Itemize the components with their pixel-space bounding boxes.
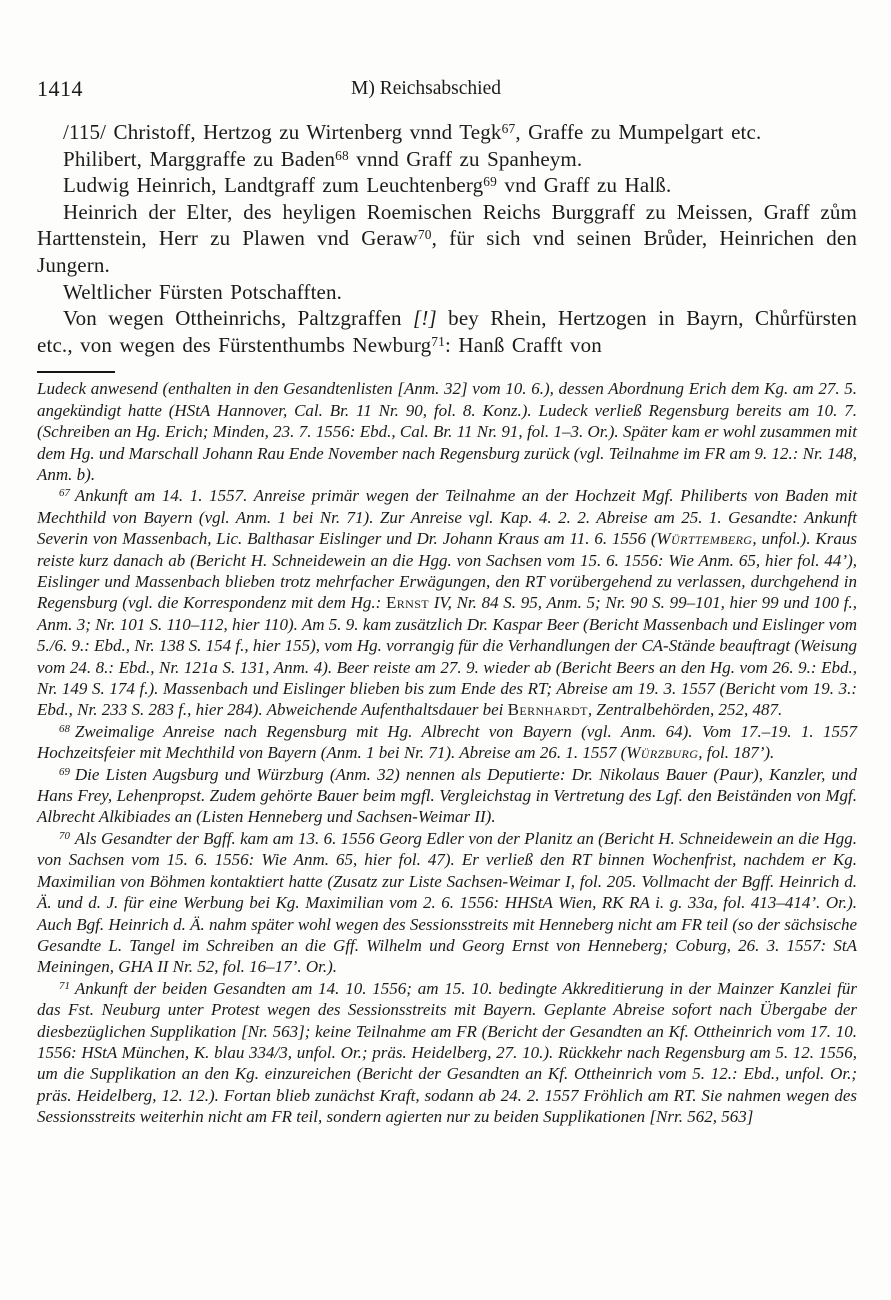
footnote-ref: 71	[431, 334, 445, 349]
footnote-number: 71	[59, 980, 70, 992]
book-page: 1414 M) Reichsabschied /115/ Christoff, …	[0, 0, 891, 1300]
footnotes: Ludeck anwesend (enthalten in den Gesand…	[37, 378, 857, 1127]
body-paragraph: /115/ Christoff, Hertzog zu Wirtenberg v…	[37, 119, 857, 146]
body-paragraph: Von wegen Ottheinrichs, Paltzgraffen [!]…	[37, 305, 857, 358]
footnote-ref: 70	[418, 227, 432, 242]
footnote-67: 67Ankunft am 14. 1. 1557. Anreise primär…	[37, 485, 857, 720]
footnote-ref: 67	[502, 121, 516, 136]
styled-text: Ernst	[386, 593, 429, 612]
page-header: 1414 M) Reichsabschied	[37, 76, 857, 104]
footnote-continuation: Ludeck anwesend (enthalten in den Gesand…	[37, 378, 857, 485]
footnote-rule	[37, 371, 115, 373]
footnote-71: 71Ankunft der beiden Gesandten am 14. 10…	[37, 978, 857, 1128]
footnote-number: 70	[59, 830, 70, 842]
footnote-70: 70Als Gesandter der Bgff. kam am 13. 6. …	[37, 828, 857, 978]
styled-text: Württemberg	[656, 529, 752, 548]
body-text: /115/ Christoff, Hertzog zu Wirtenberg v…	[37, 119, 857, 358]
footnote-ref: 68	[335, 148, 349, 163]
styled-text: Würzburg	[626, 743, 698, 762]
body-paragraph: Weltlicher Fürsten Potschafften.	[37, 279, 857, 306]
footnote-68: 68Zweimalige Anreise nach Regensburg mit…	[37, 721, 857, 764]
body-paragraph: Philibert, Marggraffe zu Baden68 vnnd Gr…	[37, 146, 857, 173]
running-head: M) Reichsabschied	[37, 78, 815, 100]
body-paragraph: Heinrich der Elter, des heyligen Roemisc…	[37, 199, 857, 279]
footnote-number: 68	[59, 723, 70, 735]
styled-text: [!]	[413, 306, 437, 330]
footnote-69: 69Die Listen Augsburg und Würzburg (Anm.…	[37, 764, 857, 828]
footnote-ref: 69	[483, 174, 497, 189]
body-paragraph: Ludwig Heinrich, Landtgraff zum Leuchten…	[37, 172, 857, 199]
footnote-number: 69	[59, 766, 70, 778]
styled-text: Bernhardt	[508, 700, 588, 719]
footnote-number: 67	[59, 487, 70, 499]
